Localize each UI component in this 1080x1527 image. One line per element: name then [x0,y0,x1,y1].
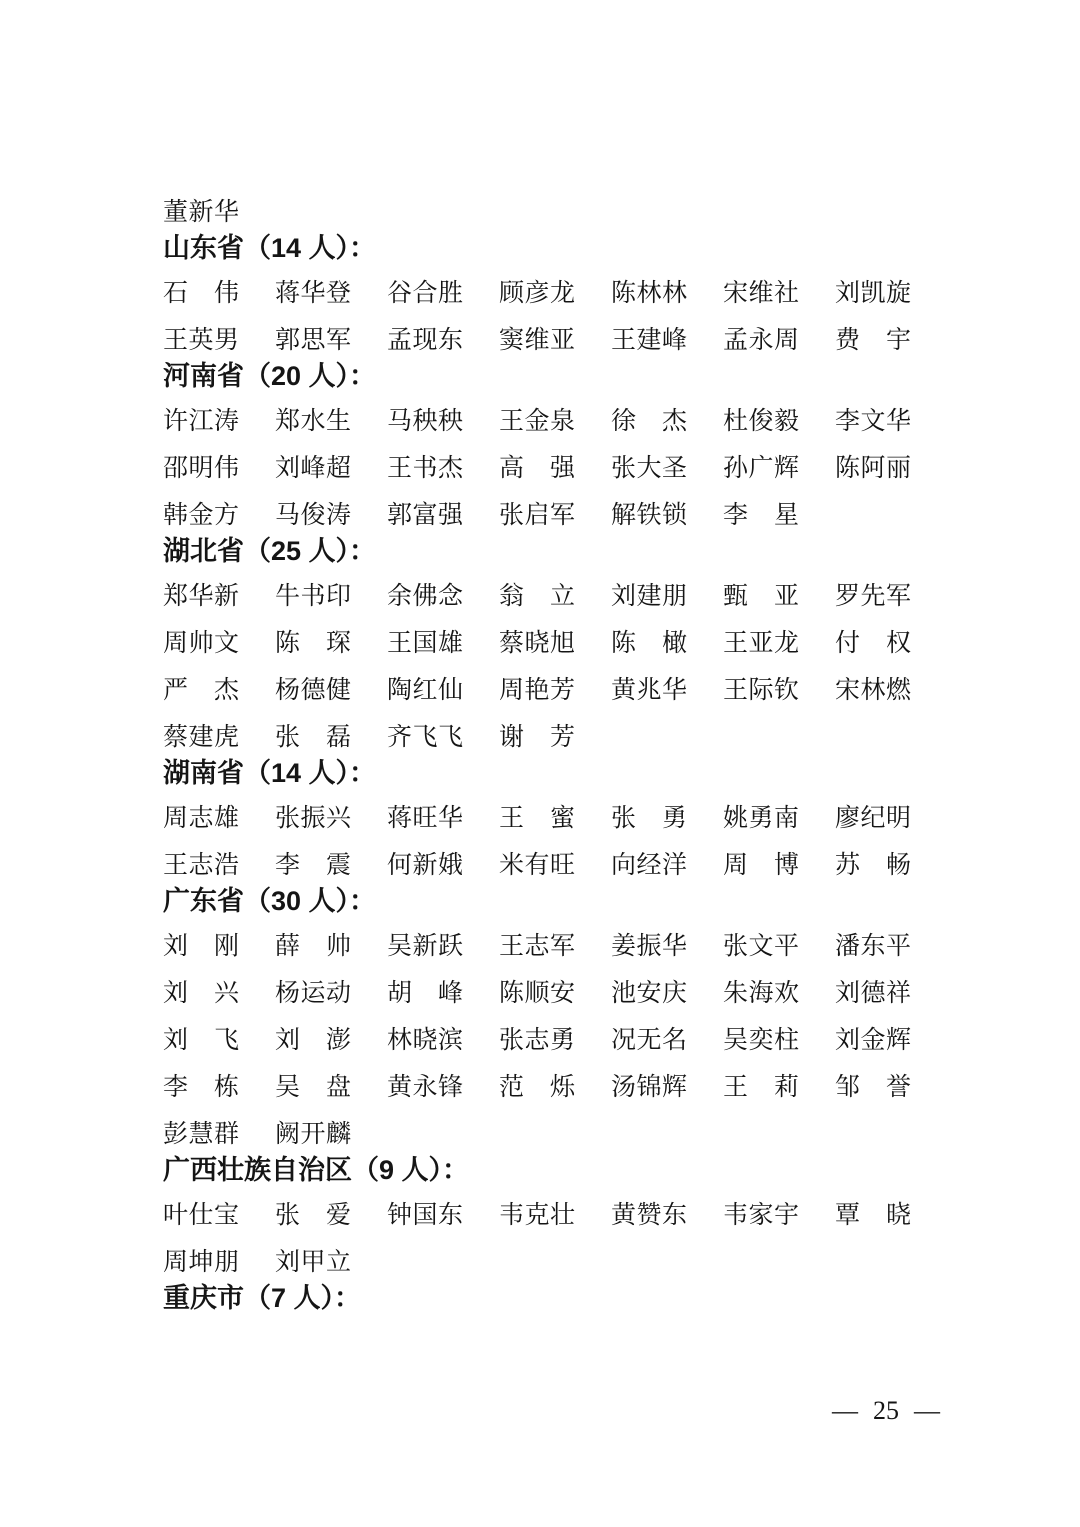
person-name: 杜俊毅 [723,409,799,435]
person-name: 陈阿丽 [835,456,911,482]
person-name: 陈橄 [611,631,687,657]
person-name: 朱海欢 [723,981,799,1007]
person-name: 谷合胜 [387,281,463,307]
person-name: 姜振华 [611,934,687,960]
document-page: 董新华山东省（14 人）：石伟蒋华登谷合胜顾彦龙陈林林宋维社刘凯旋王英男郭思军孟… [0,0,1080,1527]
person-name: 林晓滨 [387,1028,463,1054]
person-name: 许江涛 [163,409,239,435]
person-name: 郭思军 [275,328,351,354]
person-name: 王金泉 [499,409,575,435]
name-row: 周坤朋刘甲立 [163,1250,925,1276]
person-name: 王志军 [499,934,575,960]
person-name: 刘凯旋 [835,281,911,307]
person-name: 廖纪明 [835,806,911,832]
person-name: 韦家宇 [723,1203,799,1229]
person-name: 向经洋 [611,853,687,879]
person-name: 周志雄 [163,806,239,832]
person-name: 王志浩 [163,853,239,879]
person-name: 阙开麟 [275,1122,351,1148]
person-name: 顾彦龙 [499,281,575,307]
person-name: 窦维亚 [499,328,575,354]
person-name: 姚勇南 [723,806,799,832]
person-name: 牛书印 [275,584,351,610]
person-name: 况无名 [611,1028,687,1054]
person-name: 张磊 [275,725,351,751]
name-row: 刘兴杨运动胡峰陈顺安池安庆朱海欢刘德祥 [163,981,925,1007]
page-footer: — 25 — [832,1396,940,1426]
person-name: 董新华 [163,200,239,226]
person-name: 吴奕柱 [723,1028,799,1054]
person-name: 周帅文 [163,631,239,657]
person-name: 蔡晓旭 [499,631,575,657]
person-name: 何新娥 [387,853,463,879]
person-name: 李文华 [835,409,911,435]
person-name: 米有旺 [499,853,575,879]
person-name: 王际钦 [723,678,799,704]
person-name: 覃晓 [835,1203,911,1229]
person-name: 黄赞东 [611,1203,687,1229]
person-name: 张振兴 [275,806,351,832]
person-name: 翁立 [499,584,575,610]
person-name: 严杰 [163,678,239,704]
person-name: 杨德健 [275,678,351,704]
person-name: 周博 [723,853,799,879]
name-row: 王志浩李震何新娥米有旺向经洋周博苏畅 [163,853,925,879]
name-row: 董新华 [163,200,925,226]
person-name: 余佛念 [387,584,463,610]
person-name: 薛帅 [275,934,351,960]
name-row: 许江涛郑水生马秧秧王金泉徐杰杜俊毅李文华 [163,409,925,435]
person-name: 王书杰 [387,456,463,482]
person-name: 杨运动 [275,981,351,1007]
person-name: 钟国东 [387,1203,463,1229]
person-name: 陈琛 [275,631,351,657]
person-name: 叶仕宝 [163,1203,239,1229]
person-name: 齐飞飞 [387,725,463,751]
person-name: 陈林林 [611,281,687,307]
person-name: 王亚龙 [723,631,799,657]
person-name: 宋林燃 [835,678,911,704]
person-name: 刘建朋 [611,584,687,610]
person-name: 彭慧群 [163,1122,239,1148]
person-name: 张志勇 [499,1028,575,1054]
person-name: 吴新跃 [387,934,463,960]
person-name: 池安庆 [611,981,687,1007]
section-title: 山东省（14 人）： [163,233,925,263]
name-row: 蔡建虎张磊齐飞飞谢芳 [163,725,925,751]
section-title: 重庆市（7 人）： [163,1283,925,1313]
person-name: 张勇 [611,806,687,832]
person-name: 张大圣 [611,456,687,482]
person-name: 郑水生 [275,409,351,435]
person-name: 苏畅 [835,853,911,879]
person-name: 吴盘 [275,1075,351,1101]
person-name: 徐杰 [611,409,687,435]
person-name: 张文平 [723,934,799,960]
person-name: 王蜜 [499,806,575,832]
footer-right-dash: — [914,1396,940,1426]
name-row: 李栋吴盘黄永锋范烁汤锦辉王莉邹誉 [163,1075,925,1101]
person-name: 王建峰 [611,328,687,354]
person-name: 韦克壮 [499,1203,575,1229]
person-name: 孟现东 [387,328,463,354]
person-name: 郑华新 [163,584,239,610]
person-name: 刘澎 [275,1028,351,1054]
person-name: 李星 [723,503,799,529]
person-name: 蒋旺华 [387,806,463,832]
person-name: 刘甲立 [275,1250,351,1276]
person-name: 王国雄 [387,631,463,657]
person-name: 周艳芳 [499,678,575,704]
person-name: 黄兆华 [611,678,687,704]
person-name: 邵明伟 [163,456,239,482]
person-name: 王英男 [163,328,239,354]
person-name: 邹誉 [835,1075,911,1101]
person-name: 郭富强 [387,503,463,529]
person-name: 黄永锋 [387,1075,463,1101]
name-row: 王英男郭思军孟现东窦维亚王建峰孟永周费宇 [163,328,925,354]
person-name: 李震 [275,853,351,879]
name-row: 石伟蒋华登谷合胜顾彦龙陈林林宋维社刘凯旋 [163,281,925,307]
person-name: 谢芳 [499,725,575,751]
person-name: 刘金辉 [835,1028,911,1054]
person-name: 刘德祥 [835,981,911,1007]
person-name: 孙广辉 [723,456,799,482]
name-row: 严杰杨德健陶红仙周艳芳黄兆华王际钦宋林燃 [163,678,925,704]
person-name: 潘东平 [835,934,911,960]
person-name: 刘飞 [163,1028,239,1054]
section-title: 湖南省（14 人）： [163,758,925,788]
person-name: 陈顺安 [499,981,575,1007]
section-title: 广西壮族自治区（9 人）： [163,1155,925,1185]
person-name: 罗先军 [835,584,911,610]
person-name: 张启军 [499,503,575,529]
person-name: 范烁 [499,1075,575,1101]
person-name: 马俊涛 [275,503,351,529]
name-row: 刘飞刘澎林晓滨张志勇况无名吴奕柱刘金辉 [163,1028,925,1054]
person-name: 王莉 [723,1075,799,1101]
person-name: 蒋华登 [275,281,351,307]
section-title: 湖北省（25 人）： [163,536,925,566]
person-name: 付权 [835,631,911,657]
name-row: 叶仕宝张爱钟国东韦克壮黄赞东韦家宇覃晓 [163,1203,925,1229]
section-title: 河南省（20 人）： [163,361,925,391]
person-name: 李栋 [163,1075,239,1101]
name-row: 邵明伟刘峰超王书杰高强张大圣孙广辉陈阿丽 [163,456,925,482]
name-row: 彭慧群阙开麟 [163,1122,925,1148]
person-name: 胡峰 [387,981,463,1007]
name-row: 郑华新牛书印余佛念翁立刘建朋甄亚罗先军 [163,584,925,610]
person-name: 周坤朋 [163,1250,239,1276]
person-name: 张爱 [275,1203,351,1229]
person-name: 蔡建虎 [163,725,239,751]
person-name: 解铁锁 [611,503,687,529]
section-title: 广东省（30 人）： [163,886,925,916]
page-number: 25 [873,1396,899,1426]
person-name: 甄亚 [723,584,799,610]
person-name: 宋维社 [723,281,799,307]
person-name: 石伟 [163,281,239,307]
name-row: 周帅文陈琛王国雄蔡晓旭陈橄王亚龙付权 [163,631,925,657]
person-name: 刘峰超 [275,456,351,482]
name-row: 刘刚薛帅吴新跃王志军姜振华张文平潘东平 [163,934,925,960]
person-name: 高强 [499,456,575,482]
name-row: 周志雄张振兴蒋旺华王蜜张勇姚勇南廖纪明 [163,806,925,832]
name-list: 董新华山东省（14 人）：石伟蒋华登谷合胜顾彦龙陈林林宋维社刘凯旋王英男郭思军孟… [163,200,925,1313]
footer-left-dash: — [832,1396,858,1426]
person-name: 刘兴 [163,981,239,1007]
person-name: 刘刚 [163,934,239,960]
person-name: 汤锦辉 [611,1075,687,1101]
name-row: 韩金方马俊涛郭富强张启军解铁锁李星 [163,503,925,529]
person-name: 孟永周 [723,328,799,354]
person-name: 费宇 [835,328,911,354]
person-name: 马秧秧 [387,409,463,435]
person-name: 陶红仙 [387,678,463,704]
person-name: 韩金方 [163,503,239,529]
